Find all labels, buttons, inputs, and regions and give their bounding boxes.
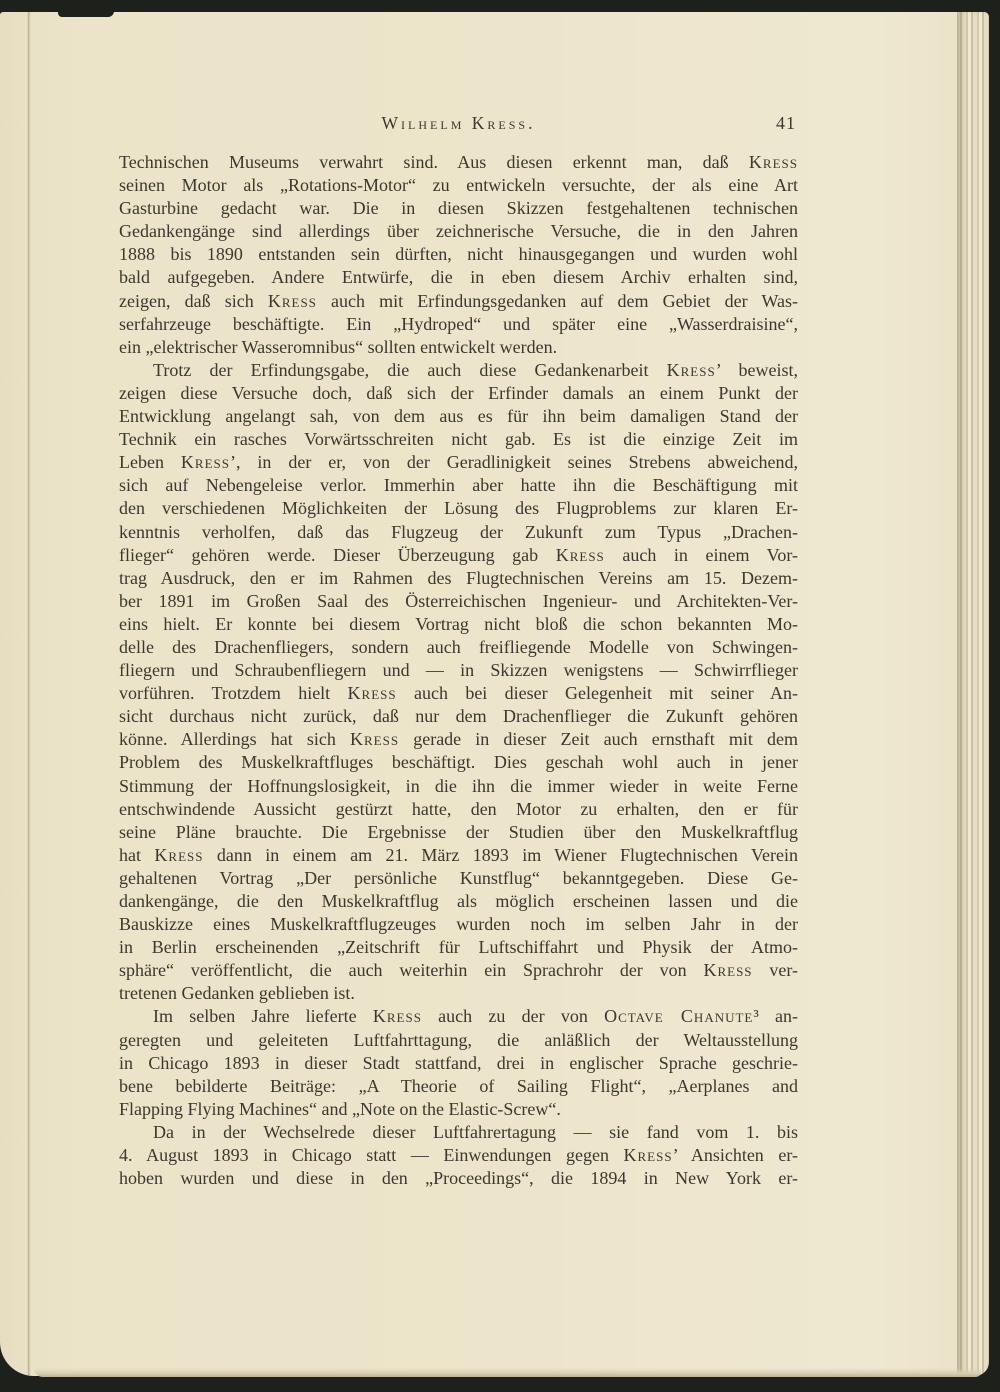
- text-line: 1888 bis 1890 entstanden sein dürften, n…: [119, 243, 798, 266]
- small-caps-name: Kress: [556, 545, 605, 565]
- text-line: bald aufgegeben. Andere Entwürfe, die in…: [119, 266, 798, 289]
- text-line: Leben Kress’, in der er, von der Geradli…: [119, 451, 798, 474]
- paragraph: Trotz der Erfindungsgabe, die auch diese…: [119, 359, 798, 1006]
- book-page: Wilhelm Kress. 41 Technischen Museums ve…: [0, 12, 989, 1376]
- text-line: kenntnis verholfen, daß das Flugzeug der…: [119, 521, 798, 544]
- paragraph: Da in der Wechselrede dieser Luftfahrert…: [119, 1121, 798, 1190]
- small-caps-name: Kress: [373, 1006, 422, 1026]
- text-line: seine Pläne brauchte. Die Ergebnisse der…: [119, 821, 798, 844]
- paragraph: Im selben Jahre lieferte Kress auch zu d…: [119, 1005, 798, 1120]
- page-edge-stack: [957, 12, 989, 1376]
- text-line: Flapping Flying Machines“ and „Note on t…: [119, 1098, 798, 1121]
- text-line: Stimmung der Hoffnungslosigkeit, in die …: [119, 775, 798, 798]
- page-body: Technischen Museums verwahrt sind. Aus d…: [119, 151, 798, 1190]
- text-line: gehaltenen Vortrag „Der persönliche Kuns…: [119, 867, 798, 890]
- text-line: Technik ein rasches Vorwärtsschreiten ni…: [119, 428, 798, 451]
- scan-backdrop: Wilhelm Kress. 41 Technischen Museums ve…: [0, 0, 1000, 1392]
- text-line: Da in der Wechselrede dieser Luftfahrert…: [119, 1121, 798, 1144]
- text-line: trag Ausdruck, den er im Rahmen des Flug…: [119, 567, 798, 590]
- scan-backdrop-tab: [58, 0, 114, 17]
- text-line: sicht durchaus nicht zurück, daß nur dem…: [119, 705, 798, 728]
- text-line: bene bebilderte Beiträge: „A Theorie of …: [119, 1075, 798, 1098]
- text-line: zeigen, daß sich Kress auch mit Erfindun…: [119, 290, 798, 313]
- text-line: flieger“ gehören werde. Dieser Überzeugu…: [119, 544, 798, 567]
- text-line: in Chicago 1893 in dieser Stadt stattfan…: [119, 1052, 798, 1075]
- small-caps-name: Kress: [350, 729, 399, 749]
- text-line: ein „elektrischer Wasseromnibus“ sollten…: [119, 336, 798, 359]
- text-line: sphäre“ veröffentlicht, die auch weiterh…: [119, 959, 798, 982]
- text-line: könne. Allerdings hat sich Kress gerade …: [119, 728, 798, 751]
- running-header: Wilhelm Kress. 41: [119, 113, 798, 135]
- text-line: Gasturbine gedacht war. Die in diesen Sk…: [119, 197, 798, 220]
- text-line: Gedankengänge sind allerdings über zeich…: [119, 220, 798, 243]
- small-caps-name: Kress: [268, 291, 317, 311]
- text-line: vorführen. Trotzdem hielt Kress auch bei…: [119, 682, 798, 705]
- text-line: hat Kress dann in einem am 21. März 1893…: [119, 844, 798, 867]
- text-line: 4. August 1893 in Chicago statt — Einwen…: [119, 1144, 798, 1167]
- text-line: tretenen Gedanken geblieben ist.: [119, 982, 798, 1005]
- text-line: geregten und geleiteten Luftfahrttagung,…: [119, 1029, 798, 1052]
- text-line: Bauskizze eines Muskelkraftflugzeuges wu…: [119, 913, 798, 936]
- text-line: dankengänge, die den Muskelkraftflug als…: [119, 890, 798, 913]
- text-line: Entwicklung angelangt sah, von dem aus e…: [119, 405, 798, 428]
- text-line: hoben wurden und diese in den „Proceedin…: [119, 1167, 798, 1190]
- text-line: ber 1891 im Großen Saal des Österreichis…: [119, 590, 798, 613]
- text-line: Trotz der Erfindungsgabe, die auch diese…: [119, 359, 798, 382]
- small-caps-name: Kress: [749, 152, 798, 172]
- text-line: zeigen diese Versuche doch, daß sich der…: [119, 382, 798, 405]
- page-number: 41: [776, 113, 796, 133]
- text-line: Im selben Jahre lieferte Kress auch zu d…: [119, 1005, 798, 1028]
- text-line: Technischen Museums verwahrt sind. Aus d…: [119, 151, 798, 174]
- page-gutter-crease: [27, 12, 31, 1376]
- text-line: fliegern und Schraubenfliegern und — in …: [119, 659, 798, 682]
- text-line: entschwindende Aussicht gestürzt hatte, …: [119, 798, 798, 821]
- text-line: seinen Motor als „Rotations-Motor“ zu en…: [119, 174, 798, 197]
- small-caps-name: Kress: [703, 960, 752, 980]
- text-line: sich auf Nebengeleise verlor. Immerhin a…: [119, 474, 798, 497]
- small-caps-name: Kress: [154, 845, 203, 865]
- small-caps-name: Kress: [181, 452, 230, 472]
- small-caps-name: Kress: [667, 360, 716, 380]
- small-caps-name: Kress: [348, 683, 397, 703]
- paragraph: Technischen Museums verwahrt sind. Aus d…: [119, 151, 798, 359]
- small-caps-name: Kress: [624, 1145, 673, 1165]
- text-line: eins hielt. Er konnte bei diesem Vortrag…: [119, 613, 798, 636]
- text-line: den verschiedenen Möglichkeiten der Lösu…: [119, 497, 798, 520]
- small-caps-name: Octave Chanute: [604, 1006, 753, 1026]
- text-line: Problem des Muskelkraftfluges beschäftig…: [119, 751, 798, 774]
- text-line: serfahrzeuge beschäftigte. Ein „Hydroped…: [119, 313, 798, 336]
- text-line: delle des Drachenfliegers, sondern auch …: [119, 636, 798, 659]
- header-title: Wilhelm Kress.: [119, 113, 798, 133]
- text-line: in Berlin erscheinenden „Zeitschrift für…: [119, 936, 798, 959]
